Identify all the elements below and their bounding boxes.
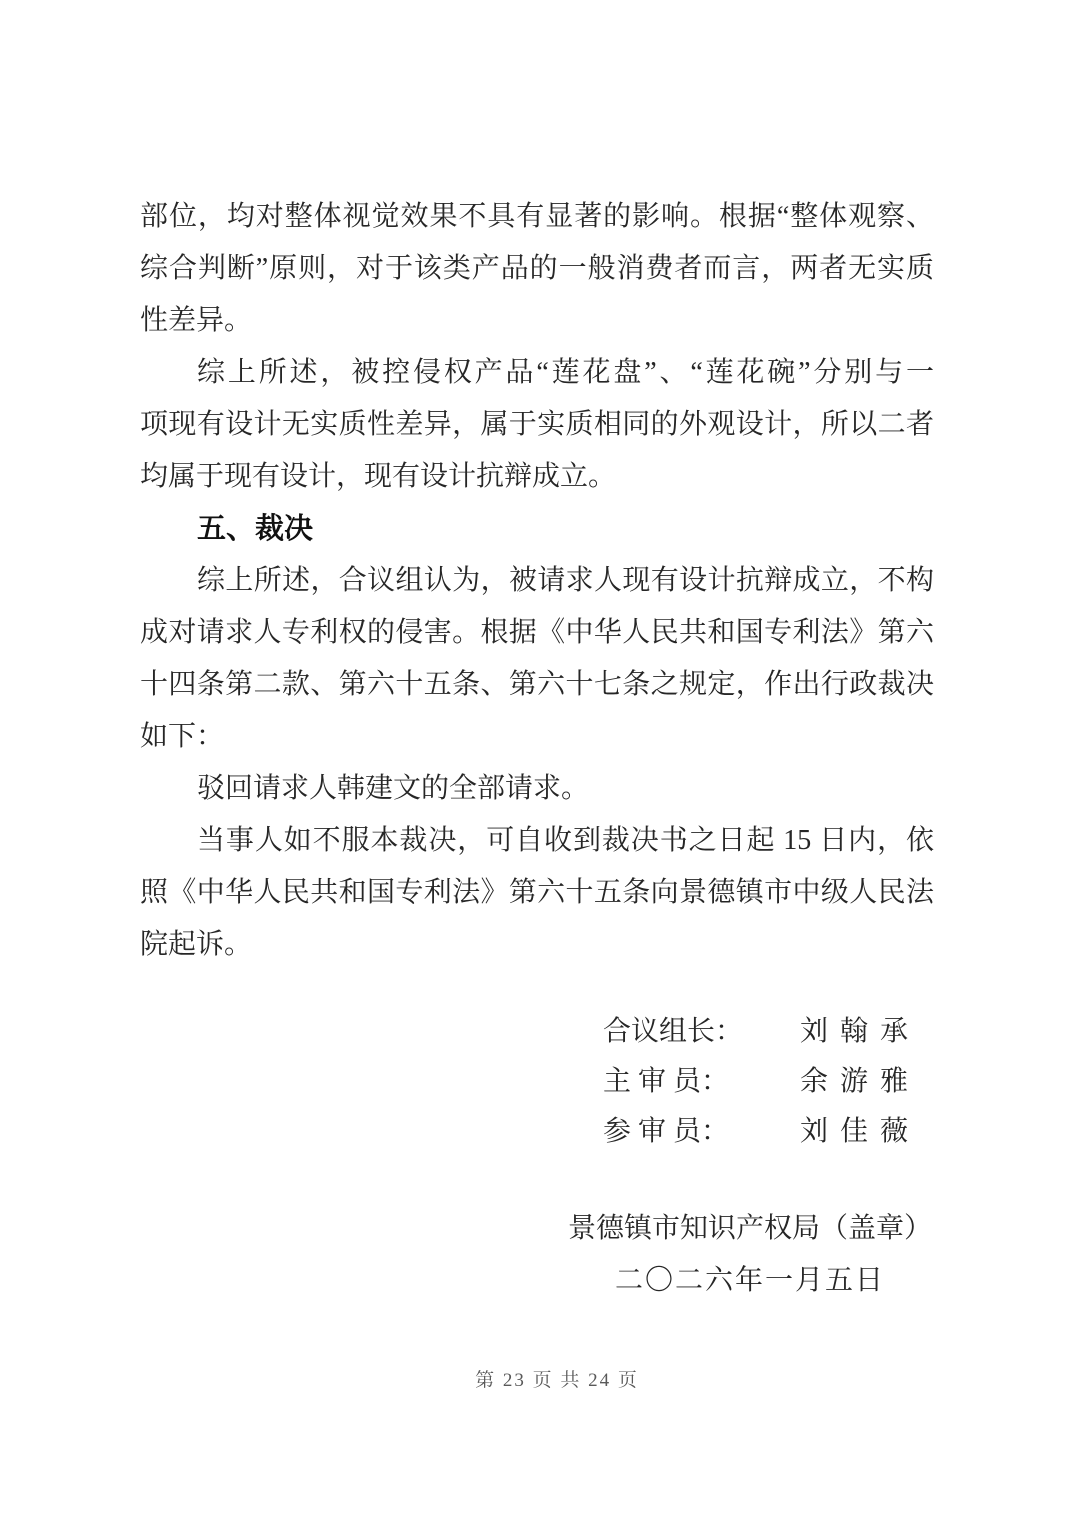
- paragraph-line: 院起诉。: [140, 919, 934, 971]
- signature-row: 参 审 员： 刘佳薇: [603, 1107, 920, 1157]
- paragraph-line: 性差异。: [140, 295, 934, 347]
- decision-date: 二〇二六年一月五日: [540, 1255, 960, 1307]
- paragraph-line: 项现有设计无实质性差异，属于实质相同的外观设计，所以二者: [140, 399, 934, 451]
- paragraph-line: 十四条第二款、第六十五条、第六十七条之规定，作出行政裁决: [140, 659, 934, 711]
- signature-role-label: 合议组长：: [603, 1007, 800, 1057]
- paragraph-line: 部位，均对整体视觉效果不具有显著的影响。根据“整体观察、: [140, 191, 934, 243]
- paragraph-line: 成对请求人专利权的侵害。根据《中华人民共和国专利法》第六: [140, 607, 934, 659]
- paragraph-line: 照《中华人民共和国专利法》第六十五条向景德镇市中级人民法: [140, 867, 934, 919]
- signature-row: 合议组长： 刘翰承: [603, 1007, 920, 1057]
- section-heading: 五、裁决: [140, 503, 934, 555]
- body-text: 部位，均对整体视觉效果不具有显著的影响。根据“整体观察、 综合判断”原则，对于该…: [140, 191, 934, 971]
- signatory-name: 余游雅: [800, 1057, 920, 1107]
- signatory-name: 刘佳薇: [800, 1107, 920, 1157]
- issuer-seal-line: 景德镇市知识产权局（盖章）: [540, 1203, 960, 1255]
- paragraph-line: 驳回请求人韩建文的全部请求。: [140, 763, 934, 815]
- paragraph-line: 均属于现有设计，现有设计抗辩成立。: [140, 451, 934, 503]
- signature-role-label: 主 审 员：: [603, 1057, 800, 1107]
- document-page: 部位，均对整体视觉效果不具有显著的影响。根据“整体观察、 综合判断”原则，对于该…: [0, 0, 1074, 1520]
- paragraph-line: 综上所述，被控侵权产品“莲花盘”、“莲花碗”分别与一: [140, 347, 934, 399]
- issuer-block: 景德镇市知识产权局（盖章） 二〇二六年一月五日: [540, 1203, 960, 1307]
- signature-row: 主 审 员： 余游雅: [603, 1057, 920, 1107]
- paragraph-line: 综合判断”原则，对于该类产品的一般消费者而言，两者无实质: [140, 243, 934, 295]
- paragraph-line: 当事人如不服本裁决，可自收到裁决书之日起 15 日内，依: [140, 815, 934, 867]
- paragraph-line: 如下：: [140, 711, 934, 763]
- signatory-name: 刘翰承: [800, 1007, 920, 1057]
- page-number-footer: 第 23 页 共 24 页: [20, 1368, 1074, 1394]
- signature-role-label: 参 审 员：: [603, 1107, 800, 1157]
- signature-block: 合议组长： 刘翰承 主 审 员： 余游雅 参 审 员： 刘佳薇: [603, 1007, 920, 1157]
- paragraph-line: 综上所述，合议组认为，被请求人现有设计抗辩成立，不构: [140, 555, 934, 607]
